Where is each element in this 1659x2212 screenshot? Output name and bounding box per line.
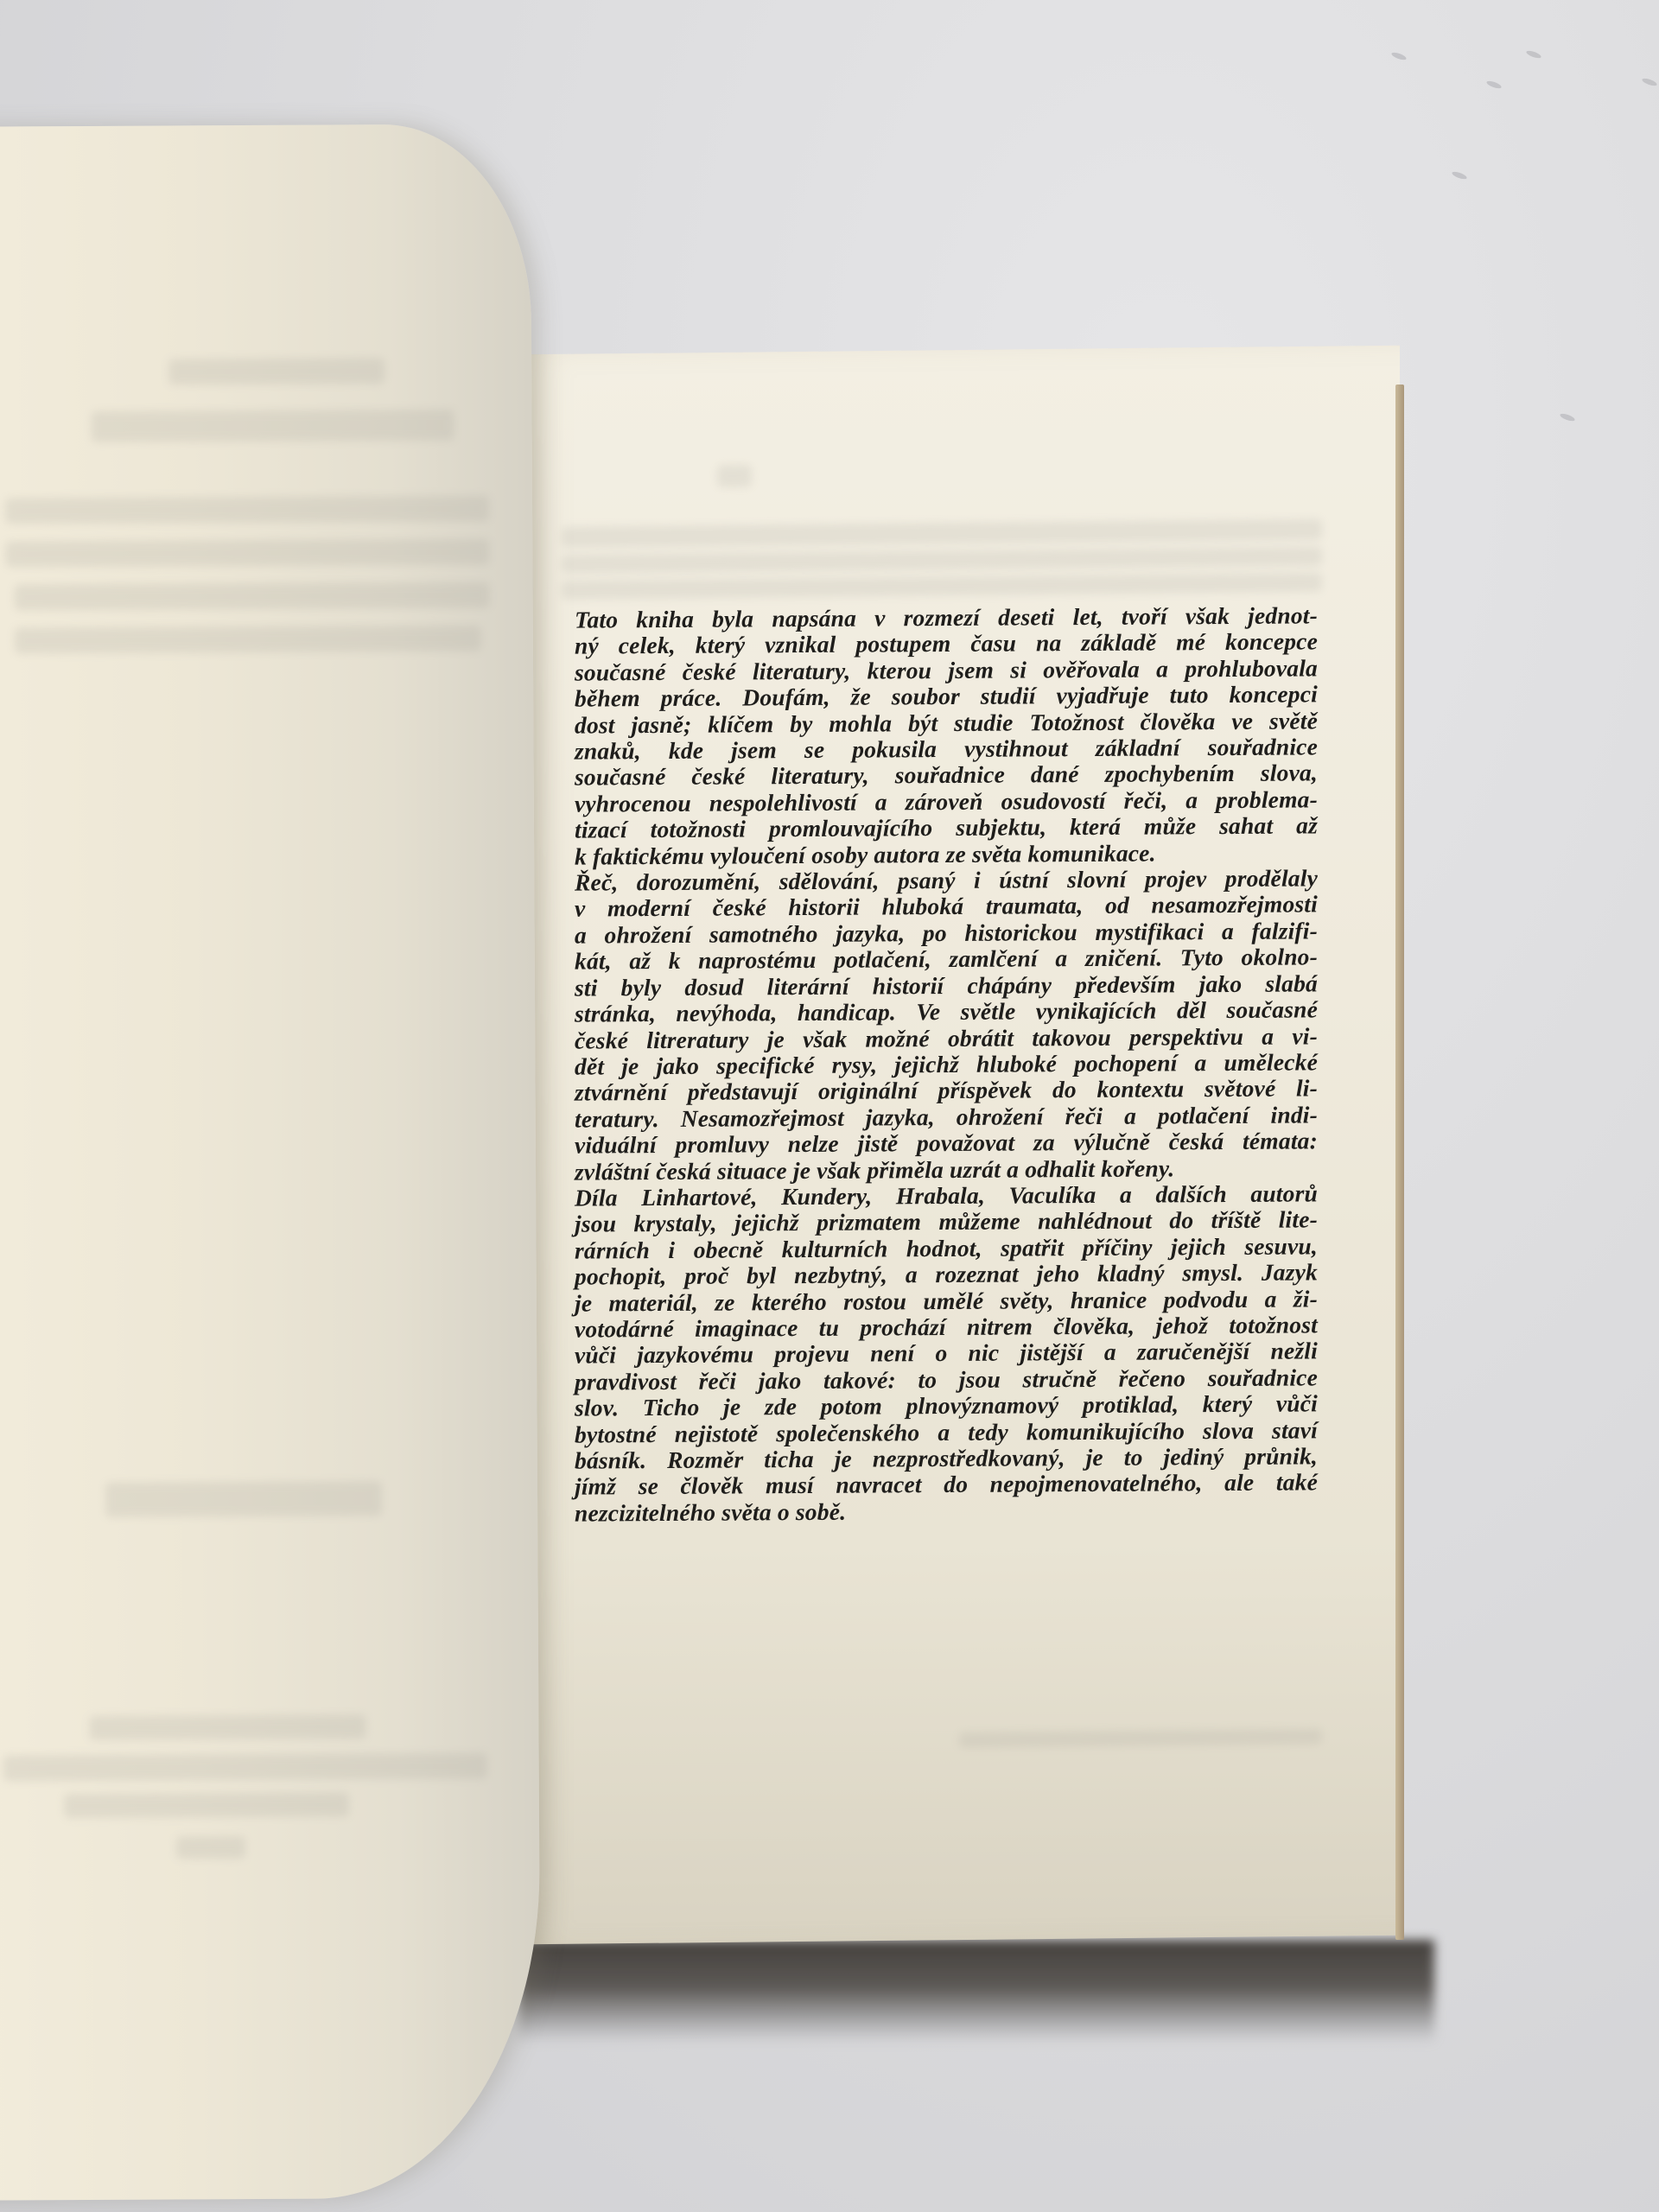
text-line: nezcizitelného světa o sobě.	[575, 1496, 1318, 1527]
background-speck	[1560, 412, 1576, 423]
background-speck	[1526, 49, 1542, 60]
text-line: viduální promluvy nelze jistě považovat …	[575, 1128, 1318, 1159]
show-through	[5, 539, 489, 568]
background-speck	[1642, 77, 1658, 87]
book-shadow	[518, 1940, 1434, 2044]
show-through	[562, 547, 1322, 574]
show-through	[959, 1729, 1322, 1748]
background-speck	[1452, 170, 1468, 181]
show-through	[89, 1714, 365, 1740]
background-speck	[1486, 79, 1503, 90]
show-through	[14, 582, 489, 611]
text-line: jímž se člověk musí navracet do nepojmen…	[575, 1470, 1318, 1501]
text-line: tizací totožnosti promlouvajícího subjek…	[575, 813, 1318, 844]
show-through	[3, 1753, 487, 1782]
background-speck	[1391, 51, 1408, 61]
show-through	[91, 410, 454, 442]
page-edge	[1395, 385, 1404, 1940]
show-through	[15, 626, 481, 654]
body-text: Tato kniha byla napsána v rozmezí deseti…	[575, 602, 1318, 1526]
left-page	[0, 124, 541, 2200]
show-through	[5, 496, 489, 524]
show-through	[176, 1836, 245, 1859]
show-through	[562, 519, 1322, 548]
show-through	[717, 465, 752, 487]
show-through	[562, 573, 1322, 600]
show-through	[64, 1792, 349, 1818]
show-through	[105, 1481, 382, 1517]
show-through	[168, 358, 385, 385]
